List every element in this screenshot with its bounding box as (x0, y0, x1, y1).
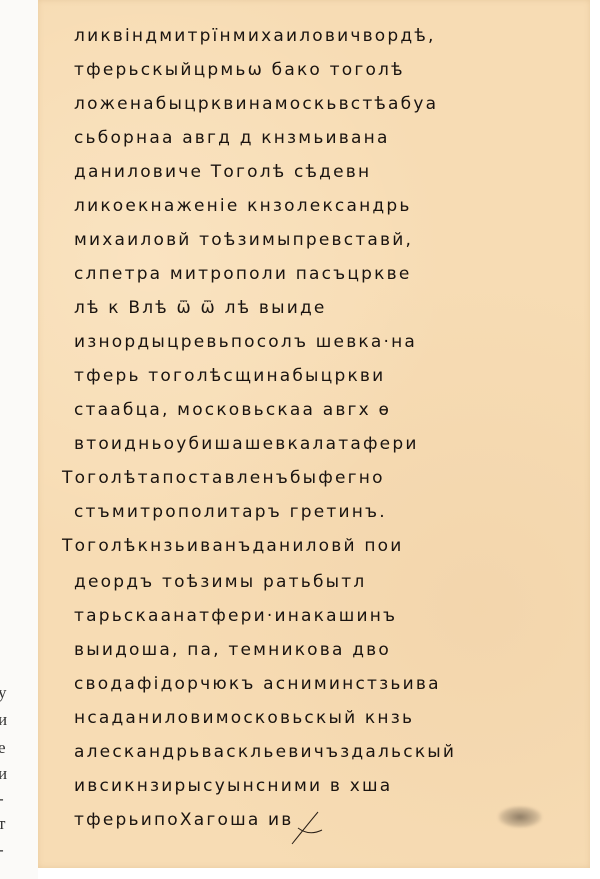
manuscript-line: ложенабыцрквинамоскьвстѣабуа (74, 94, 438, 114)
manuscript-line: ивсикнзирысуынсними в хша (74, 776, 392, 796)
ink-smudge (498, 806, 542, 828)
pen-scratch-mark (288, 808, 328, 848)
manuscript-line: Тоголѣтапоставленъбыфегно (62, 468, 385, 488)
manuscript-line: ликоекнаженіе кнзолександрь (74, 196, 412, 216)
margin-glyph: и (0, 711, 7, 728)
adjacent-page-margin: у и е и - т - (0, 0, 38, 879)
manuscript-line: стаабца, московьскаа авгх ѳ (74, 400, 391, 420)
margin-glyph: - (0, 841, 4, 858)
manuscript-line: выидоша, па, темникова дво (74, 640, 391, 660)
manuscript-line: даниловиче Тоголѣ сѣдевн (74, 162, 371, 182)
manuscript-line: алескандрьваскльевичъздальскый (74, 742, 456, 762)
manuscript-line: нсаданиловимосковьскый кнзь (74, 708, 414, 728)
manuscript-line: тферь тоголѣсщинабыцркви (74, 366, 385, 386)
margin-glyph: т (0, 815, 5, 832)
manuscript-line: тферьипоХагоша ив (74, 810, 294, 830)
manuscript-line: Тоголѣкнзьиванъданиловй пои (62, 536, 404, 556)
manuscript-line: сводафідорчюкъ асниминстзьива (74, 674, 441, 694)
manuscript-line: тарьскаанатфери·инакашинъ (74, 606, 397, 626)
manuscript-line: слпетра митрополи пасъцркве (74, 264, 412, 284)
manuscript-line: лѣ к Влѣ ѿ ѿ лѣ выиде (74, 298, 327, 318)
manuscript-line: сьборнаа авгд д кнзмьивана (74, 128, 390, 148)
manuscript-line: тферьскыйцрмьѡ бако тоголѣ (74, 60, 405, 80)
manuscript-line: михаиловй тоѣзимыпревставй, (74, 230, 413, 250)
manuscript-line: деордъ тоѣзимы ратьбытл (74, 572, 366, 592)
margin-glyph: е (0, 739, 6, 756)
margin-glyph: у (0, 684, 7, 701)
manuscript-line: втоидньоубишашевкалатафери (74, 434, 419, 454)
margin-glyph: и (0, 765, 7, 782)
margin-glyph: - (0, 790, 4, 807)
manuscript-page: ликвіндмитрїнмихаиловичвордѣ, тферьскыйц… (38, 0, 590, 868)
manuscript-line: ликвіндмитрїнмихаиловичвордѣ, (74, 26, 436, 46)
manuscript-line: изнордыцревьпосолъ шевка·на (74, 332, 417, 352)
manuscript-line: стъмитрополитаръ гретинъ. (74, 502, 387, 522)
